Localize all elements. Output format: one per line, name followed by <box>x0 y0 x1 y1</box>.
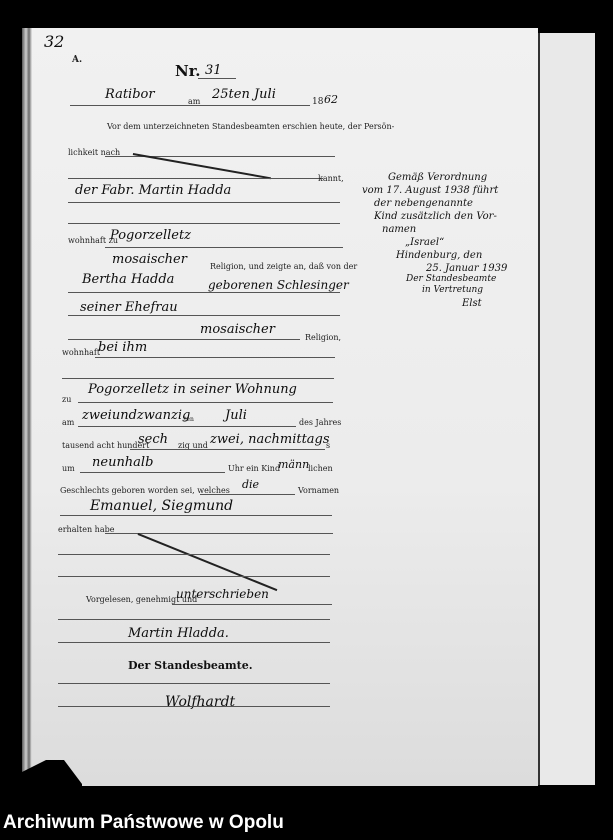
record-place: Ratibor <box>105 87 155 102</box>
ehefrau: seiner Ehefrau <box>80 300 178 315</box>
margin-note-line: in Vertretung <box>422 285 597 295</box>
birth-hour: neunhalb <box>92 455 153 470</box>
record-date: 25ten Juli <box>212 87 276 102</box>
official-signature: Wolfhardt <box>165 694 235 710</box>
birth-month: Juli <box>225 408 247 423</box>
ten-label: ten <box>184 416 194 423</box>
vornamen-label: Vornamen <box>298 486 339 495</box>
record-number-label: Nr. <box>175 62 200 80</box>
declarant-signature: Martin Hladda. <box>128 626 229 641</box>
margin-note-line: 25. Januar 1939 <box>426 263 601 274</box>
year-suffix: 62 <box>324 93 338 106</box>
margin-note-line: namen <box>382 224 557 235</box>
mother-religion: mosaischer <box>200 322 275 337</box>
intro-text: Vor dem unterzeichneten Standesbeamten e… <box>107 122 394 131</box>
declarant-name: der Fabr. Martin Hadda <box>75 183 231 198</box>
des-jahres-label: des Jahres <box>299 418 341 427</box>
standesbeamte-heading: Der Standesbeamte. <box>128 659 253 672</box>
adjacent-page <box>538 33 595 785</box>
lichen-label: lichen <box>308 464 333 473</box>
mother-residence: bei ihm <box>98 340 147 355</box>
birth-decade: sech <box>138 432 168 447</box>
record-number-value: 31 <box>205 63 222 78</box>
residence: Pogorzelletz <box>110 228 191 243</box>
religion-zeigte-label: Religion, und zeigte an, daß von der <box>210 262 357 271</box>
kannt-label: kannt, <box>318 174 344 183</box>
margin-note-line: Der Standesbeamte <box>406 274 581 284</box>
margin-note-line: vom 17. August 1938 führt <box>362 185 537 196</box>
margin-note-line: der nebengenannte <box>374 198 549 209</box>
archive-watermark: Archiwum Państwowe w Opolu <box>3 812 284 834</box>
margin-note-line: Hindenburg, den <box>396 250 571 261</box>
margin-note-line: Gemäß Verordnung <box>388 172 563 183</box>
margin-note: Gemäß Verordnung vom 17. August 1938 füh… <box>360 172 535 291</box>
section-letter: A. <box>72 55 82 65</box>
year-prefix: 18 <box>312 97 323 107</box>
page-number: 32 <box>44 32 64 51</box>
birth-place: Pogorzelletz in seiner Wohnung <box>88 382 297 397</box>
margin-note-line: Kind zusätzlich den Vor- <box>374 211 549 222</box>
margin-note-line: „Israel“ <box>405 237 580 248</box>
father-religion: mosaischer <box>112 252 187 267</box>
zu-label: zu <box>62 395 71 404</box>
religion-label: Religion, <box>305 333 341 342</box>
am-birth-label: am <box>62 418 74 427</box>
document-page <box>22 28 538 786</box>
die-word: die <box>242 478 259 491</box>
unterschrieben: unterschrieben <box>176 587 269 601</box>
mother-maiden-name: geborenen Schlesinger <box>208 278 349 292</box>
birth-day: zweiundzwanzig <box>82 408 190 423</box>
wohnhaft-label: wohnhaft <box>62 348 100 357</box>
uhr-kind-label: Uhr ein Kind <box>228 464 280 473</box>
child-sex: männ <box>278 458 309 471</box>
s-label: s <box>326 441 330 450</box>
page-binding-edge <box>22 28 32 780</box>
um-label: um <box>62 464 75 473</box>
margin-note-signature: Elst <box>462 298 613 309</box>
child-names: Emanuel, Siegmund <box>90 498 233 514</box>
mother-name: Bertha Hadda <box>82 272 174 287</box>
birth-year-time: zwei, nachmittags <box>210 432 330 447</box>
